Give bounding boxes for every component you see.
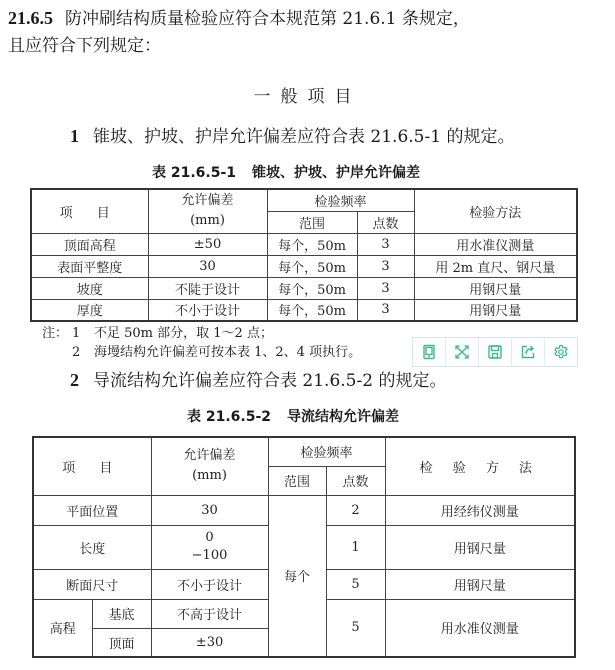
item-1: 1锥坡、护坡、护岸允许偏差应符合表 21.6.5-1 的规定。 [70, 122, 514, 147]
cell-item: 长度 [33, 525, 151, 569]
item-1-number: 1 [70, 126, 79, 146]
cell-tolerance: 不高于设计 [151, 599, 268, 628]
item-2: 2导流结构允许偏差应符合表 21.6.5-2 的规定。 [70, 366, 446, 391]
cell-method: 用水准仪测量 [385, 599, 575, 657]
save-button[interactable] [479, 338, 512, 366]
t1-header-points: 点数 [357, 211, 414, 233]
t1-header-range: 范围 [267, 211, 357, 233]
cell-subitem: 基底 [92, 599, 151, 628]
cell-method: 用钢尺量 [385, 569, 575, 599]
cell-points: 3 [357, 277, 414, 299]
cell-range: 每个，50m [267, 233, 357, 255]
clause-heading: 21.6.5防冲刷结构质量检验应符合本规范第 21.6.1 条规定， [8, 6, 470, 31]
cell-item: 顶面高程 [31, 233, 148, 255]
cell-points: 5 [326, 599, 385, 657]
cell-tolerance: 不陡于设计 [148, 277, 267, 299]
expand-icon [454, 344, 470, 360]
cell-method: 用水准仪测量 [414, 233, 577, 255]
clause-text-line2: 且应符合下列规定： [8, 34, 161, 58]
tablet-view-button[interactable] [413, 338, 446, 366]
cell-subitem: 顶面 [92, 628, 151, 657]
note-number: 2 [72, 343, 94, 362]
table-row: 厚度 不小于设计 每个，50m 3 用钢尺量 [31, 299, 577, 321]
tablet-icon [421, 344, 437, 360]
cell-points: 5 [326, 569, 385, 599]
cell-points: 3 [357, 255, 414, 277]
table1-notes: 注： 1 不足 50m 部分，取 1～2 点； 2 海墁结构允许偏差可按本表 1… [42, 324, 361, 362]
cell-item: 表面平整度 [31, 255, 148, 277]
t2-header-frequency: 检验频率 [268, 437, 385, 466]
t2-header-item: 项 目 [33, 437, 151, 495]
cell-tolerance: 30 [151, 495, 268, 525]
cell-tolerance: 0−100 [151, 525, 268, 569]
table1: 项 目 允许偏差(mm) 检验频率 检验方法 范围 点数 顶面高程 ±50 每个… [30, 188, 578, 322]
cell-tolerance: 30 [148, 255, 267, 277]
t2-header-range: 范围 [268, 466, 326, 495]
section-title: 一般项目 [0, 82, 615, 107]
t2-header-points: 点数 [326, 466, 385, 495]
table1-caption-number: 表 21.6.5-1 [152, 165, 236, 181]
cell-method: 用经纬仪测量 [385, 495, 575, 525]
cell-points: 3 [357, 233, 414, 255]
table2: 项 目 允许偏差(mm) 检验频率 检 验 方 法 范围 点数 平面位置 30 … [32, 436, 576, 658]
fullscreen-button[interactable] [446, 338, 479, 366]
cell-method: 用钢尺量 [414, 299, 577, 321]
table2-caption-title: 导流结构允许偏差 [287, 409, 399, 425]
save-icon [487, 344, 503, 360]
table1-caption-title: 锥坡、护坡、护岸允许偏差 [252, 165, 420, 181]
item-2-text: 导流结构允许偏差应符合表 21.6.5-2 的规定。 [93, 371, 446, 391]
cell-method: 用钢尺量 [414, 277, 577, 299]
cell-range-merged: 每个 [268, 495, 326, 657]
clause-text-line1: 防冲刷结构质量检验应符合本规范第 21.6.1 条规定， [65, 9, 470, 29]
cell-item: 平面位置 [33, 495, 151, 525]
table-row: 平面位置 30 每个 2 用经纬仪测量 [33, 495, 575, 525]
cell-item: 断面尺寸 [33, 569, 151, 599]
table-row: 表面平整度 30 每个，50m 3 用 2m 直尺、钢尺量 [31, 255, 577, 277]
t1-header-method: 检验方法 [414, 189, 577, 233]
cell-tolerance: 不小于设计 [148, 299, 267, 321]
note-text: 海墁结构允许偏差可按本表 1、2、4 项执行。 [94, 343, 361, 362]
cell-tolerance: ±30 [151, 628, 268, 657]
note-text: 不足 50m 部分，取 1～2 点； [94, 324, 273, 343]
t1-header-frequency: 检验频率 [267, 189, 414, 211]
cell-range: 每个，50m [267, 277, 357, 299]
table2-caption: 表 21.6.5-2导流结构允许偏差 [187, 406, 399, 426]
note-number: 1 [72, 324, 94, 343]
cell-item: 坡度 [31, 277, 148, 299]
share-icon [520, 344, 536, 360]
gear-icon [553, 344, 569, 360]
table-row: 顶面高程 ±50 每个，50m 3 用水准仪测量 [31, 233, 577, 255]
cell-range: 每个，50m [267, 299, 357, 321]
t2-header-method: 检 验 方 法 [385, 437, 575, 495]
floating-toolbar [412, 337, 578, 367]
cell-range: 每个，50m [267, 255, 357, 277]
cell-points: 1 [326, 525, 385, 569]
cell-item: 厚度 [31, 299, 148, 321]
share-button[interactable] [512, 338, 545, 366]
cell-tolerance: 不小于设计 [151, 569, 268, 599]
cell-method: 用 2m 直尺、钢尺量 [414, 255, 577, 277]
cell-points: 2 [326, 495, 385, 525]
clause-number: 21.6.5 [8, 8, 53, 28]
settings-button[interactable] [545, 338, 577, 366]
notes-label: 注： [42, 324, 72, 343]
cell-method: 用钢尺量 [385, 525, 575, 569]
item-1-text: 锥坡、护坡、护岸允许偏差应符合表 21.6.5-1 的规定。 [93, 127, 514, 147]
t1-header-tolerance: 允许偏差(mm) [148, 189, 267, 233]
table1-caption: 表 21.6.5-1锥坡、护坡、护岸允许偏差 [152, 162, 420, 182]
cell-item: 高程 [33, 599, 92, 657]
cell-points: 3 [357, 299, 414, 321]
table-row: 坡度 不陡于设计 每个，50m 3 用钢尺量 [31, 277, 577, 299]
item-2-number: 2 [70, 370, 79, 390]
t2-header-tolerance: 允许偏差(mm) [151, 437, 268, 495]
table2-caption-number: 表 21.6.5-2 [187, 409, 271, 425]
cell-tolerance: ±50 [148, 233, 267, 255]
t1-header-item: 项 目 [31, 189, 148, 233]
